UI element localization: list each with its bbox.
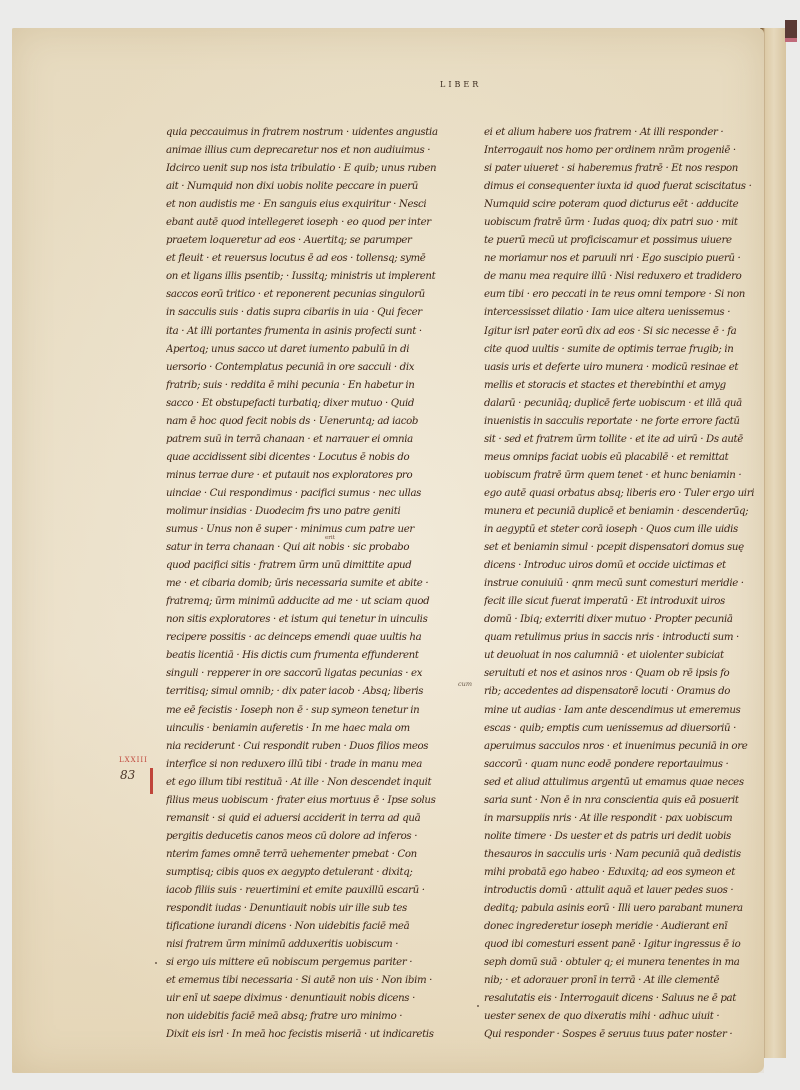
- text-line: Dixit eis isrl · In meā hoc fecistis mis…: [166, 1026, 476, 1044]
- text-line: saria sunt · Non ē in nra conscientia qu…: [484, 792, 774, 810]
- text-line: uobiscum fratrē ūrm quem tenet · et hunc…: [484, 467, 774, 485]
- text-line: de manu mea require illū · Nisi reduxero…: [484, 268, 774, 286]
- text-line: intercessisset dilatio · Iam uice altera…: [484, 304, 774, 322]
- text-line: uinciae · Cui respondimus · pacifici sum…: [166, 485, 476, 503]
- text-line: Idcirco uenit sup nos ista tribulatio · …: [166, 160, 476, 178]
- text-line: et fleuit · et reuersus locutus ē ad eos…: [166, 250, 476, 268]
- text-line: minus terrae dure · et putauit nos explo…: [166, 467, 476, 485]
- text-line: seph domū suā · obtuler q; ei munera ten…: [484, 954, 774, 972]
- text-line: Interrogauit nos homo per ordinem nrām p…: [484, 142, 774, 160]
- text-line: nisi fratrem ūrm minimū adduxeritis uobi…: [166, 936, 476, 954]
- text-line: praetem loqueretur ad eos · Auertitq; se…: [166, 232, 476, 250]
- right-text-column: ei et alium habere uos fratrem · At illi…: [484, 124, 774, 1044]
- text-line: respondit iudas · Denuntiauit nobis uir …: [166, 900, 476, 918]
- text-line: territisq; simul omnib; · dix pater iaco…: [166, 683, 476, 701]
- text-line: satur in terra chanaan · Qui ait nobis ·…: [166, 539, 476, 557]
- text-line: resalutatis eis · Interrogauit dicens · …: [484, 990, 774, 1008]
- text-line: rib; accedentes ad dispensatorē locuti ·…: [484, 683, 774, 701]
- text-line: nterim fames omnē terrā uehementer pmeba…: [166, 846, 476, 864]
- text-line: mihi probatā ego habeo · Eduxitq; ad eos…: [484, 864, 774, 882]
- text-line: ebant autē quod intellegeret ioseph · eo…: [166, 214, 476, 232]
- text-line: sit · sed et fratrem ūrm tollite · et it…: [484, 431, 774, 449]
- marginal-note: cum: [458, 680, 472, 688]
- text-line: fratremq; ūrm minimū adducite ad me · ut…: [166, 593, 476, 611]
- text-line: set et beniamin simul · pcepit dispensat…: [484, 539, 774, 557]
- text-line: mellis et storacis et stactes et therebi…: [484, 377, 774, 395]
- text-line: Numquid scire poteram quod dicturus eēt …: [484, 196, 774, 214]
- text-line: filius meus uobiscum · frater eius mortu…: [166, 792, 476, 810]
- left-text-column: quia peccauimus in fratrem nostrum · uid…: [166, 124, 476, 1044]
- text-line: dalarū · pecuniāq; duplicē ferte uobiscu…: [484, 395, 774, 413]
- text-line: patrem suū in terrā chanaan · et narraue…: [166, 431, 476, 449]
- text-line: interfice si non reduxero illū tibi · tr…: [166, 756, 476, 774]
- text-line: beatis licentiā · His dictis cum frument…: [166, 647, 476, 665]
- text-line: on et ligans illis psentib; · Iussitq; m…: [166, 268, 476, 286]
- text-line: thesauros in sacculis uris · Nam pecuniā…: [484, 846, 774, 864]
- text-line: in marsuppiis nris · At ille respondit ·…: [484, 810, 774, 828]
- text-line: eum tibi · ero peccati in te reus omni t…: [484, 286, 774, 304]
- text-line: ne moriamur nos et paruuli nri · Ego sus…: [484, 250, 774, 268]
- text-line: sumus · Unus non ē super · minimus cum p…: [166, 521, 476, 539]
- text-line: instrue conuiuiū · qnm mecū sunt comestu…: [484, 575, 774, 593]
- text-line: in sacculis suis · datis supra cibariis …: [166, 304, 476, 322]
- text-line: dimus ei consequenter iuxta id quod fuer…: [484, 178, 774, 196]
- text-line: animae illius cum deprecaretur nos et no…: [166, 142, 476, 160]
- text-line: uersorio · Contemplatus pecuniā in ore s…: [166, 359, 476, 377]
- text-line: seruituti et nos et asinos nros · Quam o…: [484, 665, 774, 683]
- text-line: sacco · Et obstupefacti turbatiq; dixer …: [166, 395, 476, 413]
- text-line: fratrib; suis · reddita ē mihi pecunia ·…: [166, 377, 476, 395]
- text-line: quod ibi comesturi essent panē · Igitur …: [484, 936, 774, 954]
- text-line: sumptisq; cibis quos ex aegypto detulera…: [166, 864, 476, 882]
- text-line: ut deuoluat in nos calumniā · et uiolent…: [484, 647, 774, 665]
- text-line: non uidebitis faciē meā absq; fratre uro…: [166, 1008, 476, 1026]
- text-line: dicens · Introduc uiros domū et occide u…: [484, 557, 774, 575]
- text-line: ego autē quasi orbatus absq; liberis ero…: [484, 485, 774, 503]
- text-line: nib; · et adorauer pronī in terrā · At i…: [484, 972, 774, 990]
- text-line: remansit · si quid ei aduersi acciderit …: [166, 810, 476, 828]
- text-line: quae accidissent sibi dicentes · Locutus…: [166, 449, 476, 467]
- text-line: iacob filiis suis · reuertimini et emite…: [166, 882, 476, 900]
- text-line: donec ingrederetur ioseph meridie · Audi…: [484, 918, 774, 936]
- text-line: saccos eorū tritico · et reponerent pecu…: [166, 286, 476, 304]
- text-line: nia reciderunt · Cui respondit ruben · D…: [166, 738, 476, 756]
- ink-speck: [155, 962, 157, 964]
- text-line: uinculis · beniamin auferetis · In me ha…: [166, 720, 476, 738]
- text-line: te puerū mecū ut proficiscamur et possim…: [484, 232, 774, 250]
- rubricated-initial-i: [150, 768, 153, 794]
- text-line: mine ut audias · Iam ante descendimus ut…: [484, 702, 774, 720]
- text-line: uobiscum fratrē ūrm · Iudas quoq; dix pa…: [484, 214, 774, 232]
- text-line: Apertoq; unus sacco ut daret iumento pab…: [166, 341, 476, 359]
- text-line: uir enī ut saepe diximus · denuntiauit n…: [166, 990, 476, 1008]
- text-line: si ergo uis mittere eū nobiscum pergemus…: [166, 954, 476, 972]
- text-line: ei et alium habere uos fratrem · At illi…: [484, 124, 774, 142]
- text-line: recipere possitis · ac deinceps emendi q…: [166, 629, 476, 647]
- text-line: sed et aliud attulimus argentū ut emamus…: [484, 774, 774, 792]
- text-line: uasis uris et deferte uiro munera · modi…: [484, 359, 774, 377]
- text-line: nolite timere · Ds uester et ds patris u…: [484, 828, 774, 846]
- ink-speck: [477, 1005, 479, 1007]
- text-line: inuenistis in sacculis reportate · ne fo…: [484, 413, 774, 431]
- text-line: aperuimus sacculos nros · et inuenimus p…: [484, 738, 774, 756]
- text-line: uester senex de quo dixeratis mihi · adh…: [484, 1008, 774, 1026]
- text-line: et ego illum tibi restituā · At ille · N…: [166, 774, 476, 792]
- interlinear-gloss: erit: [325, 535, 335, 541]
- text-line: ait · Numquid non dixi uobis nolite pecc…: [166, 178, 476, 196]
- ribbon-marker: [785, 20, 797, 42]
- text-line: introductis domū · attulit aquā et lauer…: [484, 882, 774, 900]
- text-line: domū · Ibiq; exterriti dixer mutuo · Pro…: [484, 611, 774, 629]
- text-line: in aegyptū et steter corā ioseph · Quos …: [484, 521, 774, 539]
- text-line: et non audistis me · En sanguis eius exq…: [166, 196, 476, 214]
- text-line: escas · quib; emptis cum uenissemus ad d…: [484, 720, 774, 738]
- text-line: Igitur isrl pater eorū dix ad eos · Si s…: [484, 323, 774, 341]
- text-line: munera et pecuniā duplicē et beniamin · …: [484, 503, 774, 521]
- text-line: deditq; pabula asinis eorū · Illi uero p…: [484, 900, 774, 918]
- text-line: si pater uiueret · si haberemus fratrē ·…: [484, 160, 774, 178]
- running-head: LIBER: [440, 80, 481, 89]
- text-line: quam retulimus prius in saccis nris · in…: [484, 629, 774, 647]
- text-line: cite quod uultis · sumite de optimis ter…: [484, 341, 774, 359]
- text-line: tificatione iurandi dicens · Non uidebit…: [166, 918, 476, 936]
- text-line: singuli · repperer in ore saccorū ligata…: [166, 665, 476, 683]
- text-line: me eē fecistis · Ioseph non ē · sup syme…: [166, 702, 476, 720]
- text-line: Qui responder · Sospes ē seruus tuus pat…: [484, 1026, 774, 1044]
- text-line: me · et cibaria domib; ūris necessaria s…: [166, 575, 476, 593]
- text-line: saccorū · quam nunc eodē pondere reporta…: [484, 756, 774, 774]
- text-line: quod pacifici sitis · fratrem ūrm unū di…: [166, 557, 476, 575]
- text-line: molimur insidias · Duodecim frs uno patr…: [166, 503, 476, 521]
- text-line: non sitis exploratores · et istum qui te…: [166, 611, 476, 629]
- text-line: et ememus tibi necessaria · Si autē non …: [166, 972, 476, 990]
- text-line: quia peccauimus in fratrem nostrum · uid…: [166, 124, 476, 142]
- text-line: fecit ille sicut fuerat imperatū · Et in…: [484, 593, 774, 611]
- text-line: ita · At illi portantes frumenta in asin…: [166, 323, 476, 341]
- marginal-rubric: LXXIII: [119, 756, 148, 764]
- text-line: pergitis deducetis canos meos cū dolore …: [166, 828, 476, 846]
- section-number: 83: [120, 768, 135, 782]
- text-line: meus omnips faciat uobis eū placabilē · …: [484, 449, 774, 467]
- text-line: nam ē hoc quod fecit nobis ds · Uenerunt…: [166, 413, 476, 431]
